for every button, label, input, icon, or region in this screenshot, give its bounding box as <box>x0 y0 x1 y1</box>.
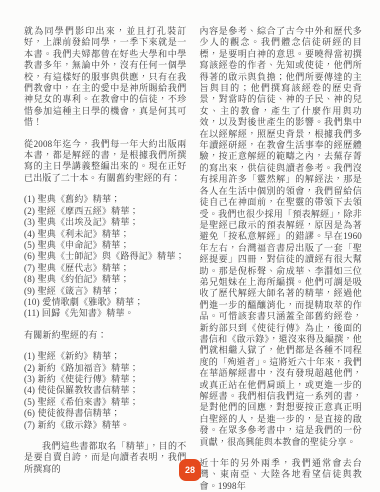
list-item: (5) 聖典《申命記》精華； <box>24 240 187 251</box>
list-item: (6) 聖典《士師記》與《路得記》精華； <box>24 251 187 262</box>
list-item: (6) 使徒彼得書信精華； <box>24 408 187 419</box>
old-testament-book-list: (1) 聖典《舊約》精華； (2) 聖經《摩西五經》精華； (3) 聖典《出埃及… <box>24 194 187 319</box>
paragraph: 我們這些書都取名「精華」，目的不是要自賣自誇，而是向讀者表明，我們所撰寫的 <box>24 441 187 475</box>
paragraph: 有關新約聖經的有： <box>24 330 187 341</box>
list-item: (7) 新約《啟示錄》精華。 <box>24 420 187 431</box>
paragraph: 就為同學們影印出來，並且打孔裝訂好，上課前發給同學，一季下來就是一本書。我們夫婦… <box>24 26 187 129</box>
paragraph: 近十年的另外兩季，我們通常會去台灣、東南亞、大陸各地看望信徒與教會。1998年 <box>200 458 363 492</box>
list-item: (3) 聖典《出埃及記》精華； <box>24 217 187 228</box>
paragraph: 從2008年迄今，我們每一年大約出版兩本書，都是解經的書，是根據我們所撰寫的主日… <box>24 139 187 185</box>
list-item: (8) 聖典《約伯記》精華； <box>24 274 187 285</box>
two-column-text-block: 就為同學們影印出來，並且打孔裝訂好，上課前發給同學，一季下來就是一本書。我們夫婦… <box>24 26 362 492</box>
right-column: 內容是參考、綜合了古今中外和歷代多少人的觀念。我們體念信徒研經的目標，是要明白神… <box>200 26 363 492</box>
list-item: (1) 聖典《舊約》精華； <box>24 194 187 205</box>
list-item: (5) 聖經《希伯來書》精華； <box>24 397 187 408</box>
list-item: (4) 聖典《利未記》精華； <box>24 229 187 240</box>
list-item: (9) 聖經《箴言》精華； <box>24 286 187 297</box>
list-item: (4) 使徒保羅教牧書信精華； <box>24 385 187 396</box>
paragraph: 內容是參考、綜合了古今中外和歷代多少人的觀念。我們體念信徒研經的目標，是要明白神… <box>200 26 363 448</box>
list-item: (10) 愛情歌劇《雅歌》精華； <box>24 297 187 308</box>
list-item: (11) 回歸《先知書》精華。 <box>24 308 187 319</box>
list-item: (3) 新約《使徒行傳》精華； <box>24 374 187 385</box>
list-item: (2) 聖經《摩西五經》精華； <box>24 206 187 217</box>
page-number-badge: 28 <box>179 459 201 481</box>
book-page: 就為同學們影印出來，並且打孔裝訂好，上課前發給同學，一季下來就是一本書。我們夫婦… <box>0 0 380 492</box>
list-item: (7) 聖典《歷代志》精華； <box>24 263 187 274</box>
new-testament-book-list: (1) 聖經《新約》精華； (2) 新約《路加福音》精華； (3) 新約《使徒行… <box>24 351 187 431</box>
list-item: (2) 新約《路加福音》精華； <box>24 363 187 374</box>
list-item: (1) 聖經《新約》精華； <box>24 351 187 362</box>
left-column: 就為同學們影印出來，並且打孔裝訂好，上課前發給同學，一季下來就是一本書。我們夫婦… <box>24 26 187 492</box>
